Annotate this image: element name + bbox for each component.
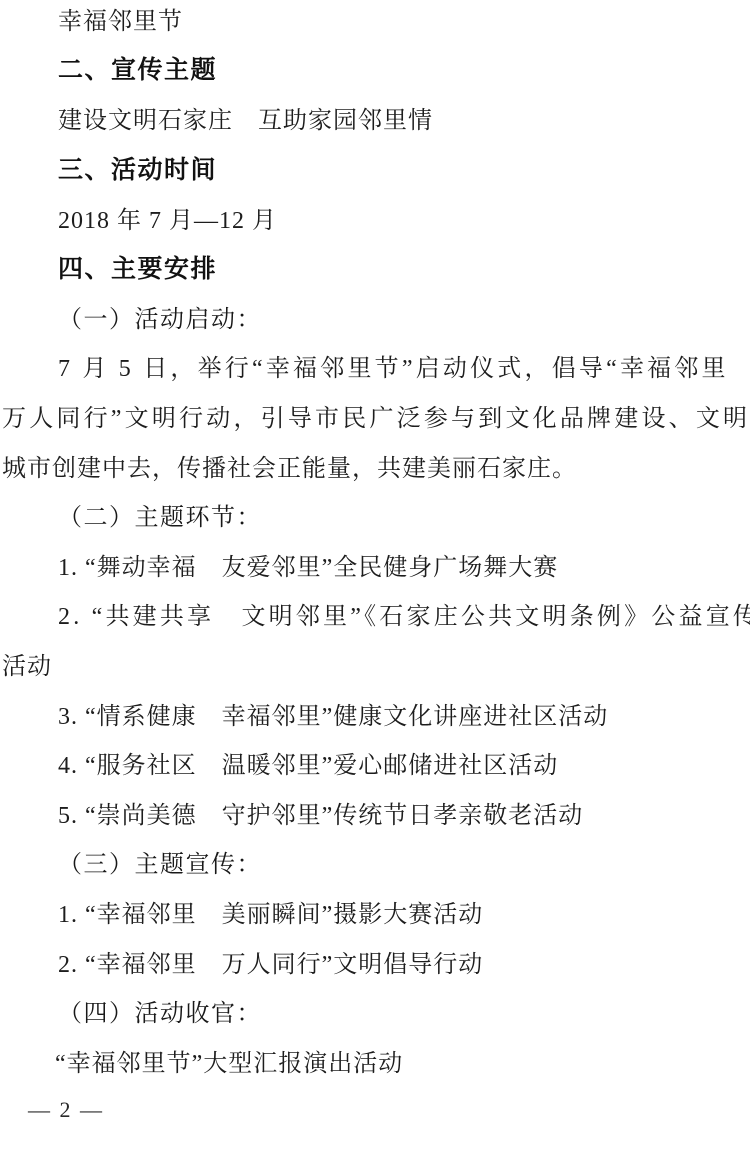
document-page: 幸福邻里节 二、宣传主题 建设文明石家庄 互助家园邻里情 三、活动时间 2018… xyxy=(0,0,750,1150)
subsection-heading: （二）主题环节： xyxy=(0,490,750,540)
list-item: 4. “服务社区 温暖邻里”爱心邮储进社区活动 xyxy=(0,738,750,788)
list-item: 1. “舞动幸福 友爱邻里”全民健身广场舞大赛 xyxy=(0,540,750,590)
subsection-heading: （三）主题宣传： xyxy=(0,837,750,887)
subsection-heading: （一）活动启动： xyxy=(0,292,750,342)
section-heading: 四、主要安排 xyxy=(0,242,750,292)
list-item: 5. “崇尚美德 守护邻里”传统节日孝亲敬老活动 xyxy=(0,788,750,838)
list-item: 2. “幸福邻里 万人同行”文明倡导行动 xyxy=(0,936,750,986)
paragraph-line: 城市创建中去，传播社会正能量，共建美丽石家庄。 xyxy=(0,440,750,490)
list-item: 3. “情系健康 幸福邻里”健康文化讲座进社区活动 xyxy=(0,688,750,738)
paragraph-line: 幸福邻里节 xyxy=(0,0,750,44)
paragraph-line: “幸福邻里节”大型汇报演出活动 xyxy=(0,1035,750,1085)
list-item: 1. “幸福邻里 美丽瞬间”摄影大赛活动 xyxy=(0,887,750,937)
subsection-heading: （四）活动收官： xyxy=(0,986,750,1036)
list-item: 活动 xyxy=(0,639,750,689)
list-item: 2. “共建共享 文明邻里”《石家庄公共文明条例》公益宣传 xyxy=(0,589,750,639)
paragraph-line: 7 月 5 日，举行“幸福邻里节”启动仪式，倡导“幸福邻里 xyxy=(0,341,750,391)
section-heading: 三、活动时间 xyxy=(0,143,750,193)
document-body: 幸福邻里节 二、宣传主题 建设文明石家庄 互助家园邻里情 三、活动时间 2018… xyxy=(0,0,750,1135)
section-heading: 二、宣传主题 xyxy=(0,44,750,94)
paragraph-line: 建设文明石家庄 互助家园邻里情 xyxy=(0,93,750,143)
page-number: — 2 — xyxy=(0,1085,750,1135)
paragraph-line: 万人同行”文明行动，引导市民广泛参与到文化品牌建设、文明 xyxy=(0,391,750,441)
paragraph-line: 2018 年 7 月—12 月 xyxy=(0,192,750,242)
